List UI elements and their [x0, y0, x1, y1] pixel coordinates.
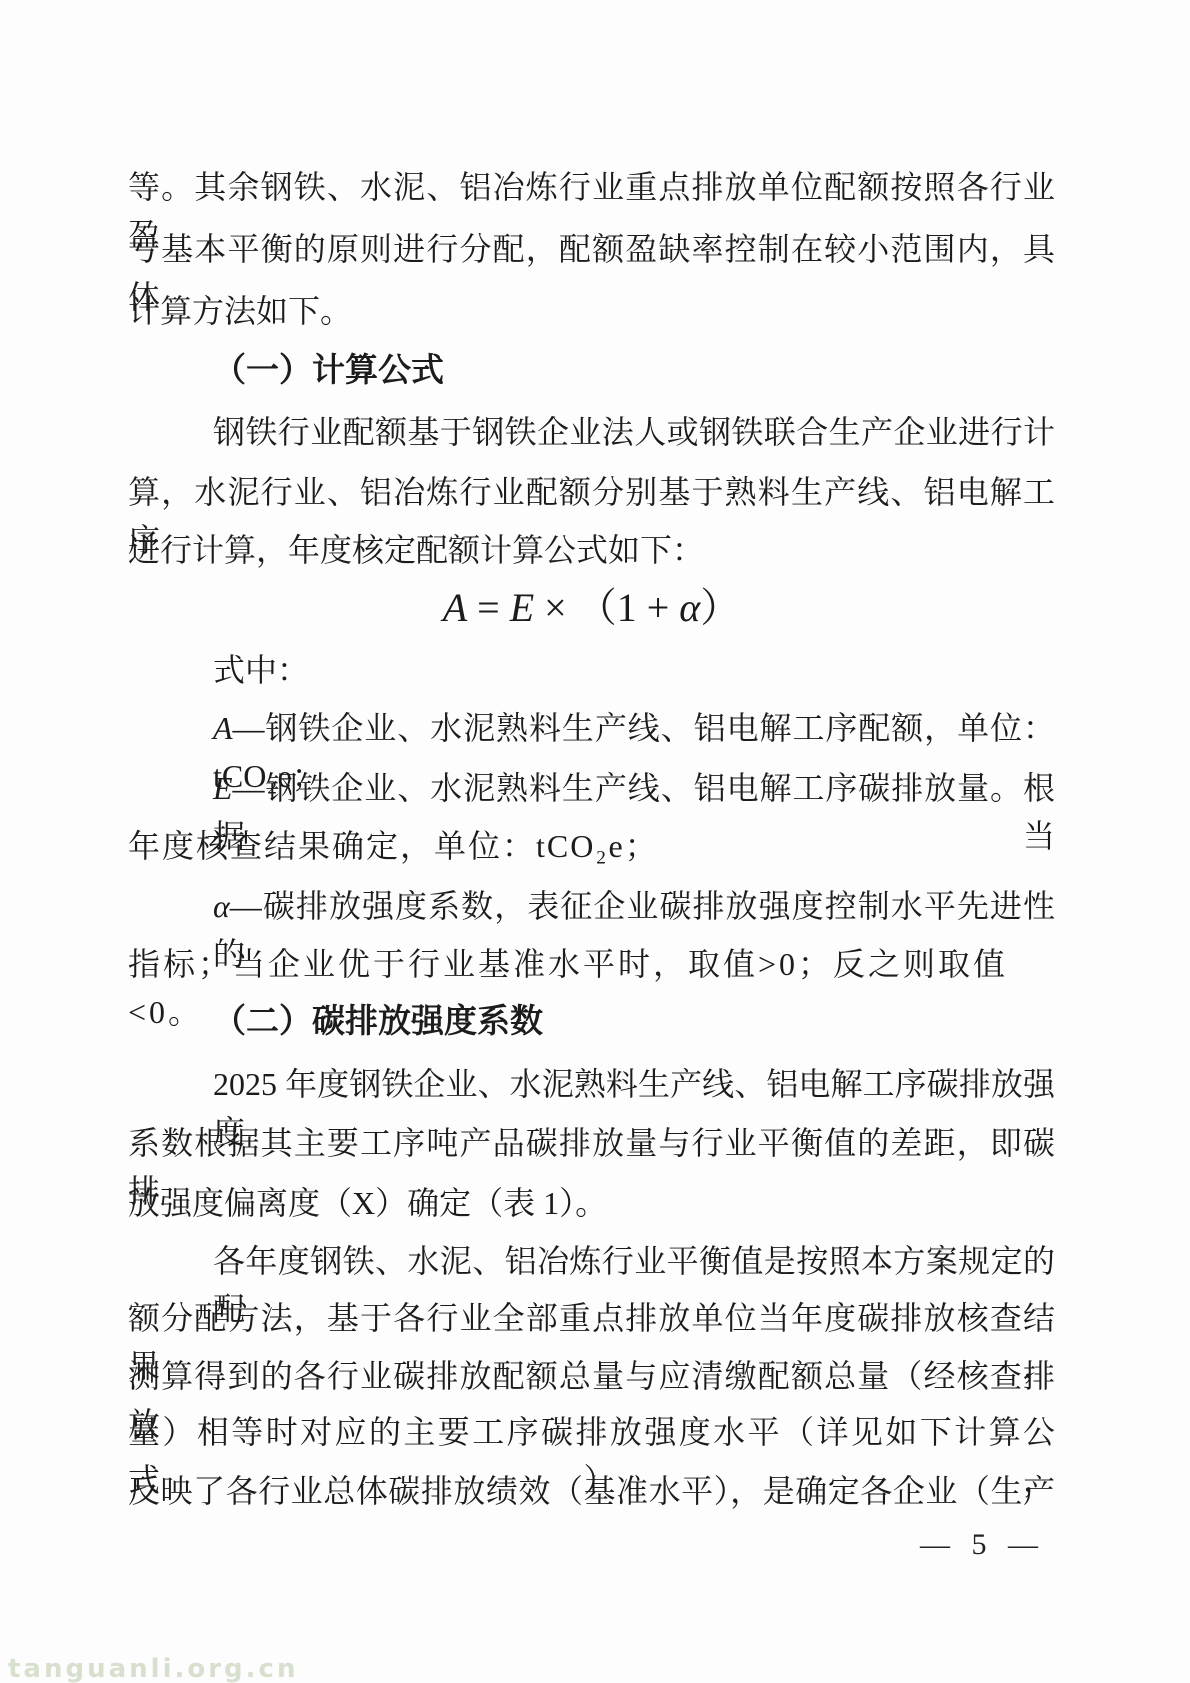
watermark: tanguanli.org.cn	[8, 1654, 298, 1683]
formula-var-A: A	[443, 585, 467, 630]
formula-equals: =	[467, 585, 510, 630]
definition-symbol-A: A	[213, 710, 233, 746]
body-line: 反映了各行业总体碳排放绩效（基准水平），是确定各企业（生产	[128, 1467, 1055, 1515]
section-heading-2: （二）碳排放强度系数	[128, 998, 1055, 1046]
definition-symbol-E: E	[213, 770, 233, 806]
formula-var-E: E	[510, 585, 534, 630]
body-line: 年度核查结果确定，单位：tCO₂e；	[128, 822, 1055, 870]
definition-symbol-alpha: α	[213, 888, 230, 924]
formula-open: （1 +	[577, 585, 680, 630]
formula-var-alpha: α	[679, 585, 700, 630]
formula-times: ×	[534, 585, 577, 630]
body-line: 计算方法如下。	[128, 287, 1055, 335]
allocation-formula: A = E × （1 + α）	[128, 582, 1055, 634]
body-line: 钢铁行业配额基于钢铁企业法人或钢铁联合生产企业进行计	[128, 408, 1055, 456]
page-number: — 5 —	[920, 1524, 1038, 1566]
formula-close: ）	[700, 585, 740, 630]
document-page: 等。其余钢铁、水泥、铝冶炼行业重点排放单位配额按照各行业盈 亏基本平衡的原则进行…	[0, 0, 1190, 1683]
body-line: 式中：	[128, 646, 1055, 694]
body-line: 进行计算，年度核定配额计算公式如下：	[128, 526, 1055, 574]
section-heading-1: （一）计算公式	[128, 347, 1055, 395]
body-line: 放强度偏离度（X）确定（表 1）。	[128, 1179, 1055, 1227]
